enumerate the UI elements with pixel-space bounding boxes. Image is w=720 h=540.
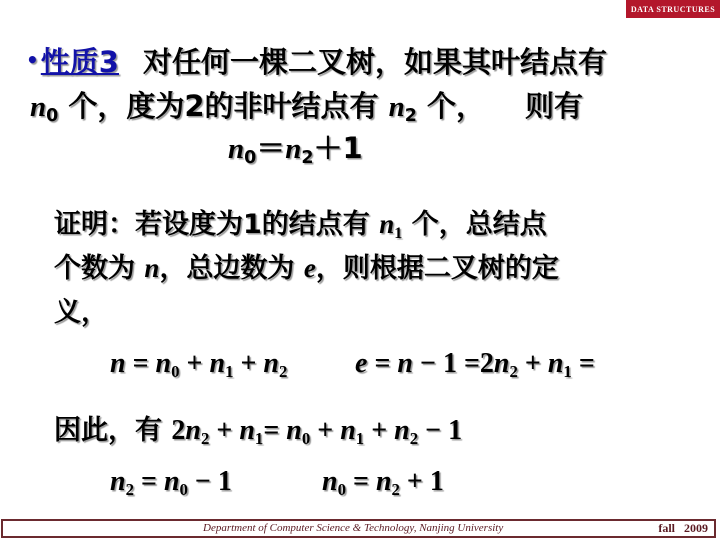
math-token: = [572, 348, 595, 379]
math-token: n [156, 348, 172, 379]
math-subscript: 0 [338, 480, 346, 499]
math-token: = [134, 466, 164, 497]
bullet-icon: • [26, 48, 39, 72]
math-token: ，总边数为 [159, 253, 303, 284]
math-token: = [126, 348, 156, 379]
course-badge: DATA STRUCTURES [626, 0, 720, 18]
math-token: = [367, 348, 397, 379]
theorem-statement: 对任何一棵二叉树，如果其叶结点有 [143, 45, 607, 79]
math-subscript: 0 [171, 362, 179, 381]
math-token: e [304, 253, 316, 283]
math-token: + [310, 415, 340, 446]
math-subscript: 0 [180, 480, 188, 499]
math-subscript: 2 [279, 362, 287, 381]
math-token: + 1 [400, 466, 444, 497]
property-label[interactable]: 性质3 [41, 45, 119, 79]
math-token: n [209, 348, 225, 379]
math-token: n [228, 133, 244, 165]
equation-edge-count: e = n − 1 =2n2 + n1 = [355, 348, 595, 382]
math-token: n [379, 209, 394, 239]
math-token: n [285, 133, 301, 165]
math-token: + [180, 348, 210, 379]
math-token: 个，度为2的非叶结点有 [58, 89, 388, 123]
math-token: e [355, 348, 367, 379]
math-token: n [239, 415, 255, 446]
math-token: ＝ [256, 131, 285, 165]
math-subscript: 1 [563, 362, 571, 381]
proof-line-2: 个数为 n，总边数为 e，则根据二叉树的定 [54, 246, 559, 285]
math-token: 证明：若设度为1的结点有 [54, 209, 379, 240]
math-token: − 1 [188, 466, 232, 497]
math-token: + [209, 415, 239, 446]
math-token: − 1 =2 [413, 348, 494, 379]
math-token: = [263, 415, 286, 446]
math-token: n [110, 348, 126, 379]
math-token: n [494, 348, 510, 379]
math-token: 个， [417, 89, 485, 123]
math-token: n [394, 415, 410, 446]
math-token: n [376, 466, 392, 497]
math-token: n [340, 415, 356, 446]
theorem-formula: n0＝n2＋1 [228, 126, 363, 168]
result-equation-1: n2 = n0 − 1 [110, 466, 232, 500]
math-token: + [518, 348, 548, 379]
math-token: n [322, 466, 338, 497]
math-token: n [548, 348, 564, 379]
proof-line-3: 义， [54, 290, 108, 329]
math-token: 个，总结点 [402, 209, 546, 240]
math-subscript: 1 [356, 429, 364, 448]
math-token: + [364, 415, 394, 446]
math-subscript: 0 [302, 429, 310, 448]
math-token: n [389, 91, 405, 123]
footer-department: Department of Computer Science & Technol… [203, 522, 503, 534]
math-token: n [286, 415, 302, 446]
math-token: n [164, 466, 180, 497]
math-subscript: 0 [244, 148, 256, 168]
math-subscript: 2 [392, 480, 400, 499]
math-token: − 1 [418, 415, 462, 446]
therefore-equation: 因此，有 2n2 + n1= n0 + n1 + n2 − 1 [54, 408, 462, 449]
result-equation-2: n0 = n2 + 1 [322, 466, 444, 500]
math-token: n [185, 415, 201, 446]
theorem-line-1: •性质3对任何一棵二叉树，如果其叶结点有 [26, 40, 607, 81]
math-token: 2 [171, 415, 185, 446]
math-token: = [346, 466, 376, 497]
math-subscript: 2 [126, 480, 134, 499]
math-token: ，则根据二叉树的定 [316, 253, 559, 284]
footer-term: fall 2009 [658, 521, 708, 536]
math-token: n [397, 348, 413, 379]
math-subscript: 0 [46, 106, 58, 126]
math-token: + [233, 348, 263, 379]
math-token: ＋1 [314, 131, 363, 165]
footer-bar: Department of Computer Science & Technol… [1, 519, 716, 538]
theorem-line-2: n0 个，度为2的非叶结点有 n2 个，则有 [30, 84, 583, 126]
math-subscript: 2 [405, 106, 417, 126]
math-token: n [263, 348, 279, 379]
math-token: n [30, 91, 46, 123]
math-subscript: 2 [410, 429, 418, 448]
math-token: 则有 [525, 89, 583, 123]
math-token: 个数为 [54, 253, 144, 284]
equation-node-count: n = n0 + n1 + n2 [110, 348, 287, 382]
math-token: 因此，有 [54, 415, 171, 446]
math-token: n [144, 253, 159, 283]
proof-line-1: 证明：若设度为1的结点有 n1 个，总结点 [54, 202, 547, 243]
math-subscript: 2 [509, 362, 517, 381]
math-subscript: 2 [301, 148, 313, 168]
math-token: n [110, 466, 126, 497]
